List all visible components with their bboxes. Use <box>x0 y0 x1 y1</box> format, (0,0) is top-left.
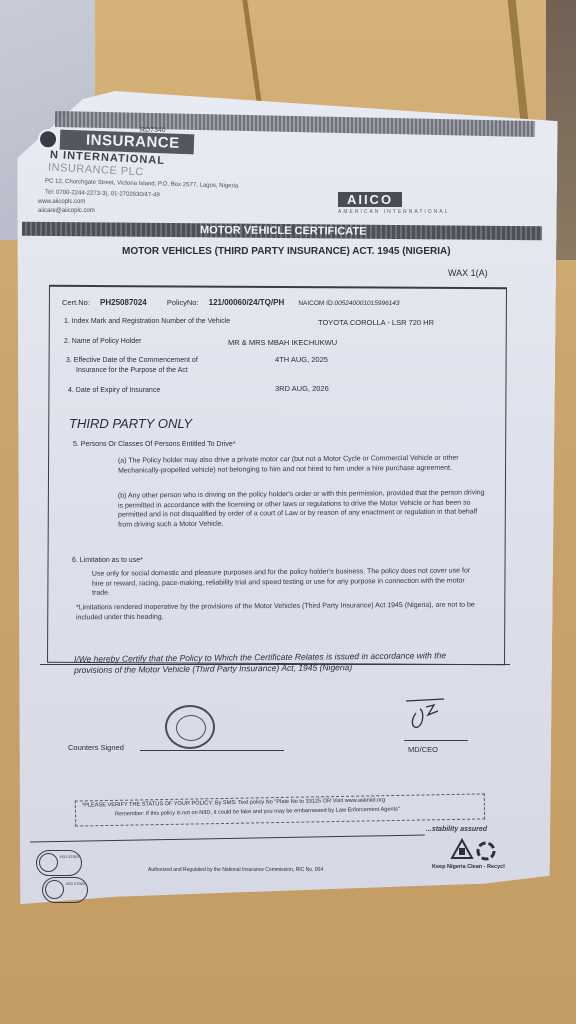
policy-no-value: 121/00060/24/TQ/PH <box>209 298 285 307</box>
section5-clause-a: (a) The Policy holder may also drive a p… <box>118 453 488 475</box>
logo-word: INSURANCE <box>86 132 180 152</box>
section6-footnote: *Limitations rendered inoperative by the… <box>76 601 476 623</box>
regulator-notice: Authorized and Regulated by the National… <box>148 867 323 873</box>
field-label-commencement: 3. Effective Date of the Commencement of <box>66 357 198 364</box>
aiico-logo: AIICO <box>338 192 402 207</box>
field-value-registration: TOYOTA COROLLA - LSR 720 HR <box>318 318 434 327</box>
cert-no-label: Cert.No: <box>62 298 90 307</box>
section6-heading: 6. Limitation as to use* <box>72 557 143 564</box>
iso-badge-label: ISO 22301 <box>60 854 79 859</box>
certification-statement: I/We hereby Certify that the Policy to W… <box>74 650 474 676</box>
field-label-commencement-2: Insurance for the Purpose of the Act <box>76 367 188 374</box>
section6-text: Use only for social domestic and pleasur… <box>92 566 482 598</box>
field-label-policy-holder: 2. Name of Policy Holder <box>64 338 141 345</box>
floor-tile-grout <box>242 0 262 110</box>
insurer-email: aiicare@aiicoplc.com <box>38 208 95 214</box>
counter-signed-line <box>140 750 284 751</box>
cover-type-heading: THIRD PARTY ONLY <box>69 416 192 431</box>
field-value-expiry: 3RD AUG, 2026 <box>275 384 329 393</box>
field-value-commencement: 4TH AUG, 2025 <box>275 355 328 364</box>
iso-badge-icon: ISO 22301 <box>36 850 82 876</box>
ceo-signature-icon <box>404 695 464 733</box>
iso-badge-label: ISO 27001 <box>66 881 85 886</box>
ids-row: Cert.No: PH25087024 PolicyNo: 121/00060/… <box>62 298 400 307</box>
ceo-signature-line <box>404 740 468 741</box>
act-heading: MOTOR VEHICLES (THIRD PARTY INSURANCE) A… <box>122 246 451 257</box>
naicom-id-value: 005240001015996143 <box>334 300 399 307</box>
naicom-id-label: NAICOM ID: <box>298 300 334 307</box>
certificate-title: MOTOR VEHICLE CERTIFICATE <box>200 223 367 238</box>
section5-clause-b: (b) Any other person who is driving on t… <box>118 488 488 529</box>
policy-no-label: PolicyNo: <box>167 298 199 307</box>
form-code: WAX 1(A) <box>448 268 488 278</box>
insurer-website: www.aiicoplc.com <box>38 199 85 205</box>
field-value-policy-holder: MR & MRS MBAH IKECHUKWU <box>228 338 337 347</box>
recycle-icon <box>450 838 500 864</box>
field-label-expiry: 4. Date of Expiry of Insurance <box>68 387 160 394</box>
field-label-registration: 1. Index Mark and Registration Number of… <box>64 318 230 325</box>
section5-heading: 5. Persons Or Classes Of Persons Entitle… <box>73 441 236 448</box>
counter-signed-label: Counters Signed <box>68 743 124 752</box>
tagline: ...stability assured <box>426 826 487 833</box>
cert-no-value: PH25087024 <box>100 298 147 307</box>
iso-badge-icon: ISO 27001 <box>42 877 88 903</box>
company-stamp-icon <box>165 705 215 749</box>
aiico-subtitle: AMERICAN INTERNATIONAL <box>338 209 449 215</box>
recycle-slogan: Keep Nigeria Clean - Recycl <box>432 864 505 870</box>
signatory-title: MD/CEO <box>408 745 438 754</box>
